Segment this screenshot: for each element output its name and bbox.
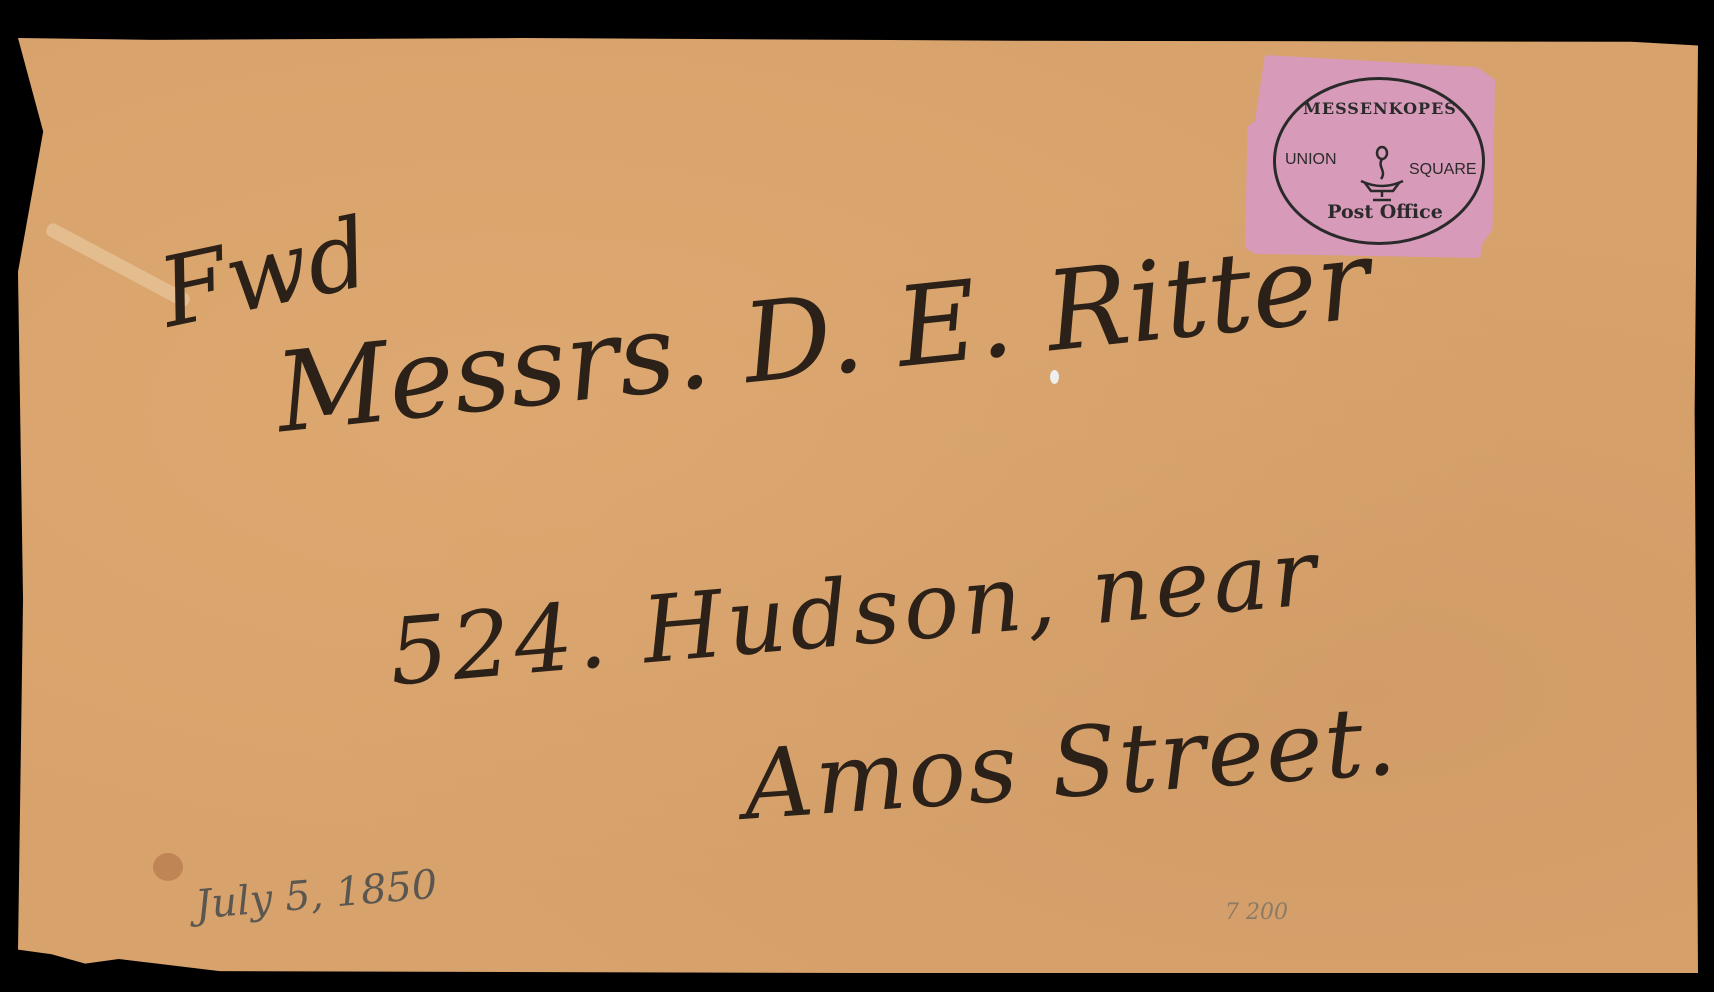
pencil-note: 7 200 [1225,900,1288,925]
stamp-right-text: SQUARE [1409,161,1477,179]
stain [153,853,183,881]
stamp-left-text: UNION [1285,151,1337,169]
stamp-top-text: MESSENKOPES [1295,99,1465,118]
fountain-icon [1357,143,1407,203]
